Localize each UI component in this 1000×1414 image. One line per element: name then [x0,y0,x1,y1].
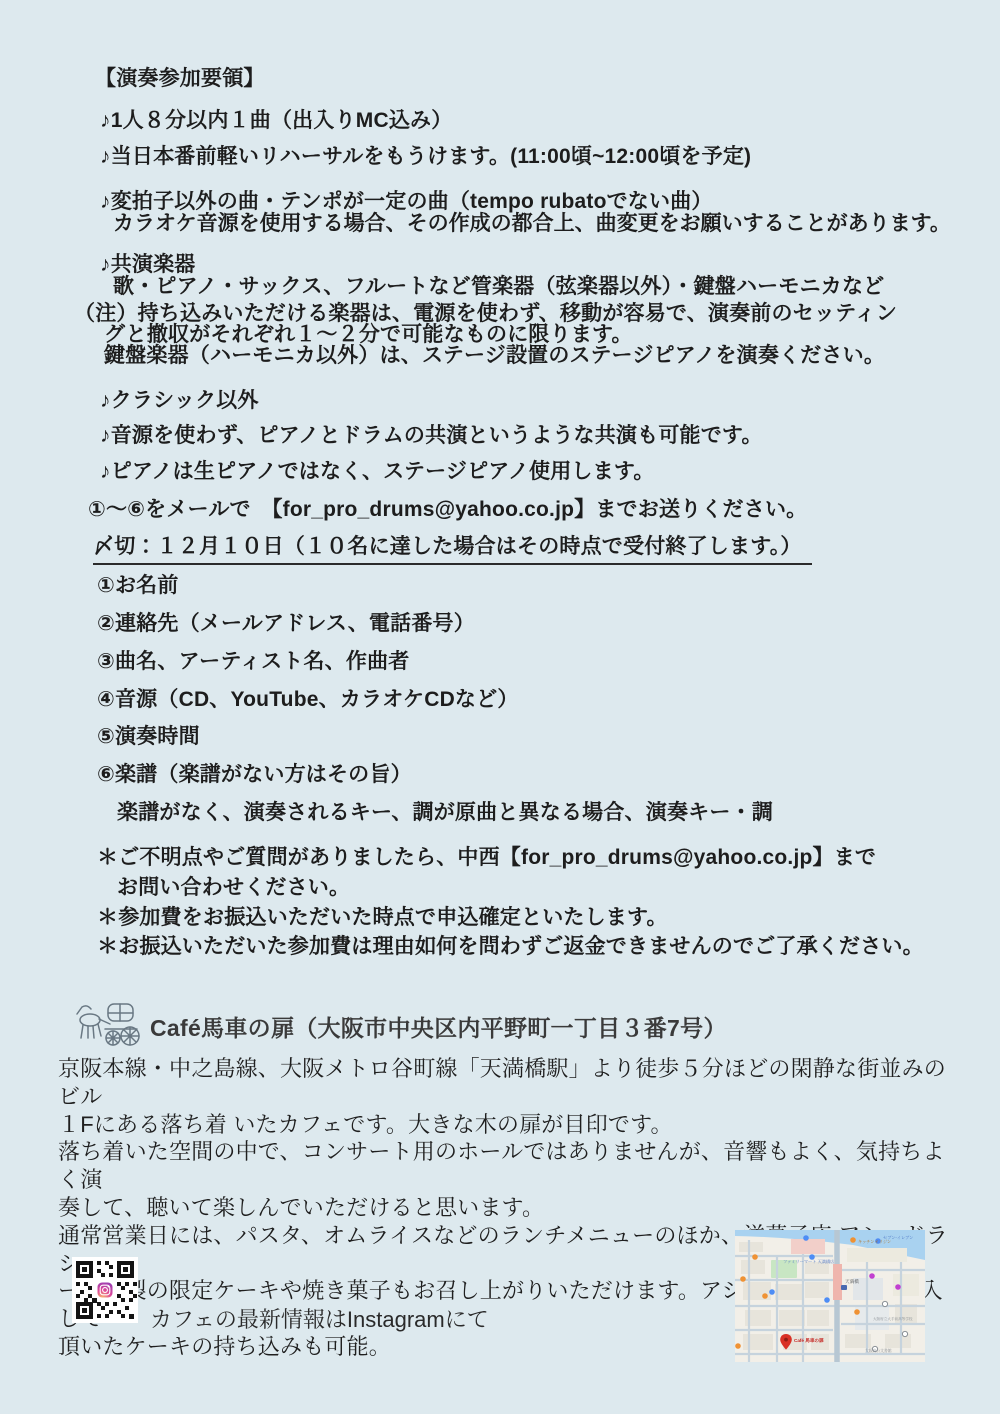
rule-tempo-line2: カラオケ音源を使用する場合、その作成の都合上、曲変更をお願いすることがあります。 [113,207,951,237]
field-name: ①お名前 [97,569,179,599]
instagram-note: カフェの最新情報はInstagramにて [150,1303,489,1334]
rule-note-line3: 鍵盤楽器（ハーモニカ以外）は、ステージ設置のステージピアノを演奏ください。 [104,339,885,369]
map-label-kitchen: キッチンオリジン [858,1238,891,1245]
rule-ensemble-line2: 歌・ピアノ・サックス、フルートなど管楽器（弦楽器以外）・鍵盤ハーモニカなど [113,270,884,300]
instagram-qr-code [72,1257,138,1323]
field-contact: ②連絡先（メールアドレス、電話番号） [97,607,475,637]
field-score: ⑥楽譜（楽譜がない方はその旨） [97,758,412,788]
field-play-time: ⑤演奏時間 [97,720,200,750]
map-label-station: 天満橋 [845,1278,859,1285]
requirements-heading: 【演奏参加要領】 [95,62,265,92]
map-label-archives: 大阪府公文書館 [865,1348,892,1353]
apply-send-line: ①～⑥をメールで 【for_pro_drums@yahoo.co.jp】までお送… [88,493,807,523]
field-song: ③曲名、アーティスト名、作曲者 [97,645,409,675]
map-pin-label: Café 馬車の扉 [794,1337,824,1344]
footnote-payment: ＊参加費をお振込いただいた時点で申込確定といたします。 [97,901,668,931]
rule-rehearsal: ♪当日本番前軽いリハーサルをもうけます。(11:00頃~12:00頃を予定) [100,140,751,170]
rule-duration: ♪1人８分以内１曲（出入りMC込み） [100,104,452,134]
rule-no-source: ♪音源を使わず、ピアノとドラムの共演というような共演も可能です。 [100,419,763,449]
map-label-familymart: ファミリーマート 天満橋店 [783,1258,834,1265]
map-label-school: 大阪府立大手前高等学校 [873,1316,913,1321]
flyer-page: { "colors": { "page_bg": "#dde9ee", "ink… [0,0,1000,1414]
horse-carriage-icon [72,998,144,1052]
footnote-contact-line2: お問い合わせください。 [117,871,350,901]
venue-title: Café馬車の扉（大阪市中央区内平野町一丁目３番7号） [150,1010,727,1043]
footnote-no-refund: ＊お振込いただいた参加費は理由如何を問わずご返金できませんのでご了承ください。 [97,930,924,960]
field-audio-source: ④音源（CD、YouTube、カラオケCDなど） [97,683,519,713]
apply-deadline: 〆切：１２月１０日（１０名に達した場合はその時点で受付終了します。） [93,530,812,565]
rule-classical: ♪クラシック以外 [100,384,259,414]
footnote-contact-line1: ＊ご不明点やご質問がありましたら、中西【for_pro_drums@yahoo.… [97,841,876,871]
fields-note: 楽譜がなく、演奏されるキー、調が原曲と異なる場合、演奏キー・調 [117,796,773,826]
rule-stage-piano: ♪ピアノは生ピアノではなく、ステージピアノ使用します。 [100,455,655,485]
location-map: ファミリーマート 天満橋店 セブン-イレブン キッチンオリジン 天満橋 大阪府立… [735,1230,925,1362]
